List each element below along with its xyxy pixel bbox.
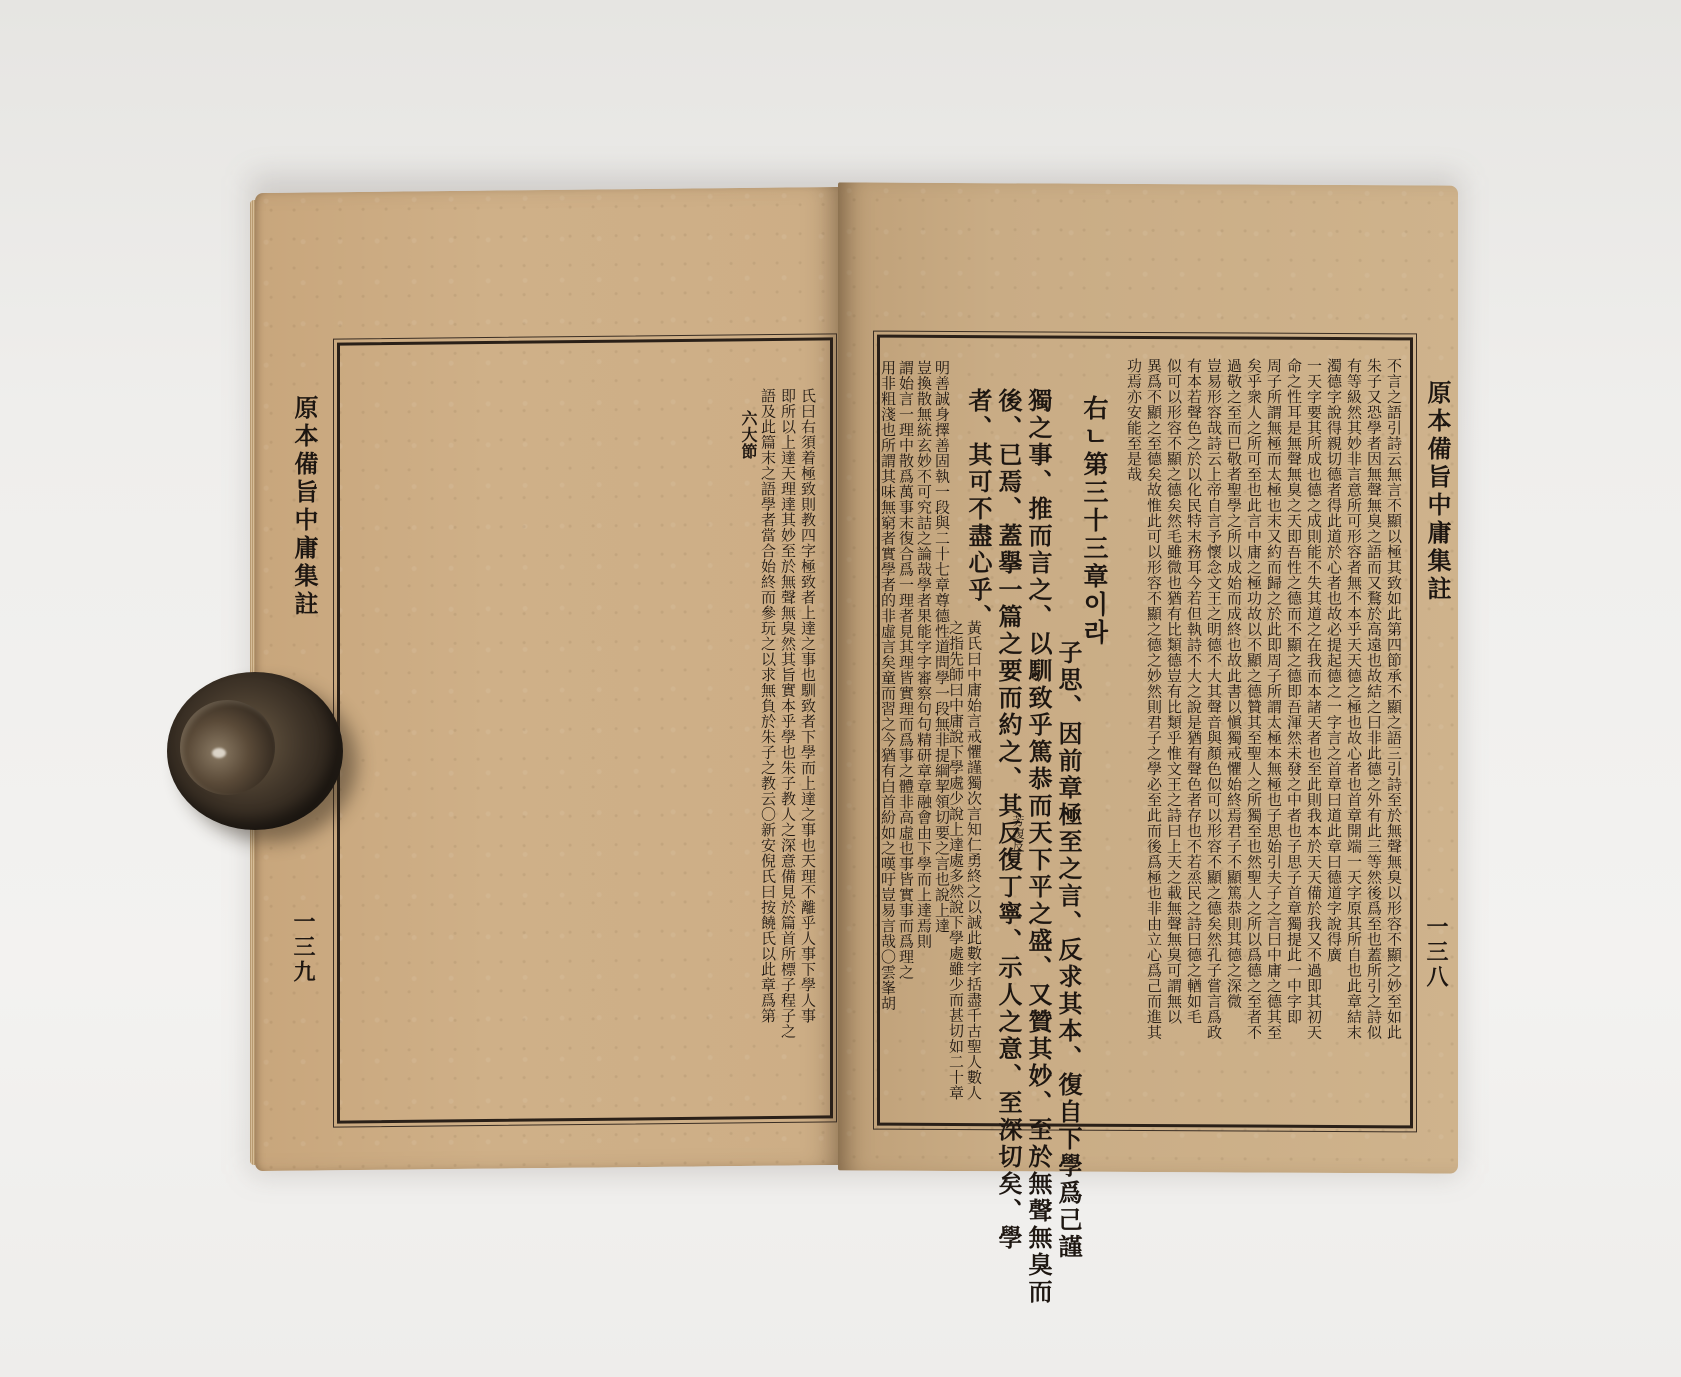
left-page-number: 一三九: [292, 910, 314, 985]
right-column-13: 異爲不顯之至德矣故惟此可以形容不顯之德之妙然則君子之學必至此而後爲極也非由立心爲…: [1146, 358, 1161, 1040]
photo-scene: 原本備旨中庸集註 一三九 氏曰右須着極致則教四字極致者上達之事也馴致者下學而上達…: [0, 0, 1681, 1377]
left-column-1: 氏曰右須着極致則教四字極致者上達之事也馴致者下學而上達之事也天理不離乎人事下學人…: [800, 388, 815, 1024]
reading-annotation: 芳復反: [1012, 815, 1024, 853]
right-column-3: 有等級然其妙非言意所可形容者無不本乎天天德之極也故心者也首章開端一天字原其所自也…: [1346, 358, 1361, 1040]
commentary-column-1: 黃氏曰中庸始言戒懼謹獨次言知仁勇終之以誠此數字括盡千古聖人數人: [966, 620, 981, 1101]
left-column-2: 即所以上達天理達其妙至於無聲無臭然其旨實本乎學也朱子教人之深意備見於篇首所標子程…: [780, 388, 795, 1039]
right-column-4: 濁德字說得親切德者得此道於心者也故必提起德之一字言之首章曰道此章曰德道字說得廣: [1326, 358, 1341, 963]
right-column-2: 朱子又恐學者因無聲無臭之語而又鶩於高遠也故結之曰非此德之外有此三等然後爲至也蓋所…: [1366, 358, 1381, 1040]
main-text-column-2: 獨之事、推而言之、以馴致乎篤恭而天下平之盛、又贊其妙、至於無聲無臭而: [1026, 388, 1050, 1306]
commentary-column-6: 用非粗淺也所謂其味無窮者實學者的非虛言矣童而習之今猶有白首紛如之嘆吁豈易言哉〇雲…: [880, 360, 895, 1011]
left-column-4: 六大節: [740, 410, 756, 460]
paperweight-knob: [180, 700, 275, 795]
main-text-column-1: 子思、因前章極至之言、反求其本、復自下學爲己謹: [1056, 640, 1080, 1261]
right-column-6: 命之性耳是無聲無臭之天即吾性之德而不顯之德即吾渾然未發之中者也子思子首章獨提此一…: [1286, 358, 1301, 1025]
right-column-1: 不言之語引詩云無言不顯以極其致如此第四節承不顯之語三引詩至於無聲無臭以形容不顯之…: [1386, 358, 1401, 1040]
right-running-header: 原本備旨中庸集註: [1425, 380, 1449, 604]
right-column-9: 過敬之至而已敬者聖學之所以成始而成終也故此書以愼獨戒懼始終焉君子不顯篤恭則其德之…: [1226, 358, 1241, 1009]
right-column-11: 有本若聲色之於以化民特末務耳今若但執詩不大之說是猶有聲色者存也不若烝民之詩曰德之…: [1186, 358, 1201, 1025]
right-column-12: 似可以形容不顯之德矣然毛雖微也猶有比類德豈有比類乎惟文王之詩曰上天之載無聲無臭可…: [1166, 358, 1181, 1025]
right-column-8: 矣乎衆人之所可至也此言中庸之極功故以不顯之德贊其至聖人之所獨至也然聖人之所以爲德…: [1246, 358, 1261, 1040]
left-running-header: 原本備旨中庸集註: [292, 395, 316, 619]
right-column-10: 豈易形容哉詩云上帝自言予懷念文王之明德不大其聲音與顏色似可以形容不顯之德矣然孔子…: [1206, 358, 1221, 1040]
chapter-marker: 右ㄴ第三十三章이라: [1082, 395, 1107, 647]
right-column-5: 一天字要其所成也德之成則能不失其道之在我而本諸天者也至此則我本於天天備於我又不過…: [1306, 358, 1321, 1040]
commentary-column-5: 謂始言一理中散爲萬事末復合爲一理者見其理皆實理而爲事之體非高虛也事皆實事而爲理之: [898, 360, 913, 980]
left-column-3: 語及此篇末之語學者當合始終而參玩之以求無負於朱子之教云〇新安倪氏曰按饒氏以此章爲…: [760, 388, 775, 1024]
right-column-14: 功焉亦安能至是哉: [1126, 358, 1141, 482]
main-text-column-4: 者、其可不盡心乎、: [966, 388, 990, 631]
right-page-number: 一三八: [1425, 915, 1447, 990]
commentary-column-3: 明善誠身擇善固執一段與二十七章尊德性道問學一段無非提綱挈領切要之言也說上達: [934, 360, 949, 934]
right-column-7: 周子所謂無極而太極也末又約而歸之於此即周子所謂太極本無極也子思始引夫子之言曰中庸…: [1266, 358, 1281, 1040]
commentary-column-4: 豈換散無統玄妙不可究詰之論哉學者果能字字審察句句精研章章融會由下學而上達焉則: [916, 360, 931, 949]
paperweight-highlight: [212, 748, 226, 758]
